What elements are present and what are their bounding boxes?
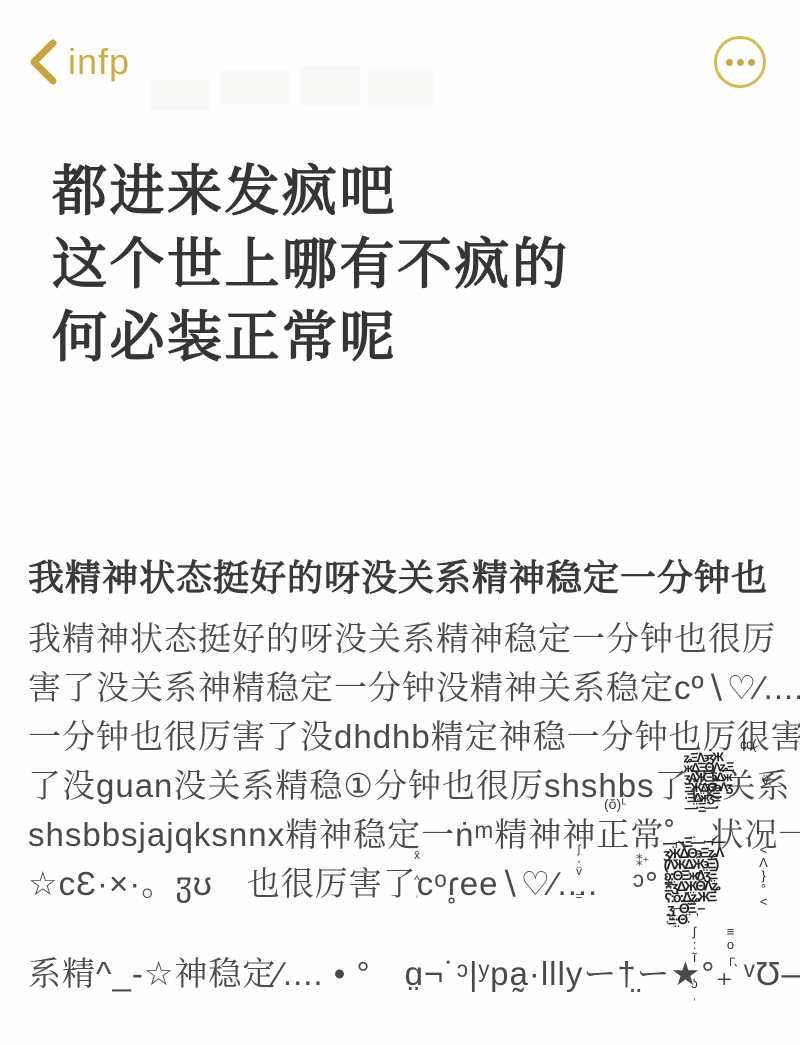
notes-app-screen: infp 都进来发疯吧 这个世上哪有不疯的 何必装正常呢 我精神状态挺好的呀没关…: [0, 0, 800, 1045]
floater-dots: ⁑⁺: [636, 854, 649, 870]
zalgo-trail-right-col: <Λ}°<: [757, 842, 769, 912]
floater-asterisk: *: [664, 876, 673, 904]
title-line-2: 这个世上哪有不疯的: [52, 228, 772, 301]
zalgo-trail-bottom-left: ʃ:ĩ·ʖ˒: [688, 924, 700, 999]
paragraph-line: 我精神状态挺好的呀没关系精神稳定一分钟也很厉: [28, 614, 792, 663]
back-chevron-icon: [28, 38, 58, 86]
zalgo-fringe-top: ᴄᴄ(: [740, 736, 756, 752]
paragraph-line: 一分钟也很厉害了没dhdhb精定神稳一分钟也厉很害: [28, 712, 792, 761]
more-options-button[interactable]: [714, 36, 766, 88]
back-label: infp: [68, 41, 130, 83]
note-bold-line: 我精神状态挺好的呀没关系精神稳定一分钟也: [28, 550, 788, 601]
paragraph-last-line: 系精^_-☆神稳定∕.... • ° ɑ̤¬˙ᵓ|ʸpa̰·lllyー†̤ー★°…: [28, 948, 792, 995]
title-line-1: 都进来发疯吧: [52, 155, 772, 228]
title-line-3: 何必装正常呢: [52, 301, 772, 374]
faint-watermark: [150, 66, 440, 114]
back-button[interactable]: infp: [28, 38, 130, 86]
note-title: 都进来发疯吧 这个世上哪有不疯的 何必装正常呢: [52, 155, 772, 374]
floater-cluster: (ŏ)ᒻ: [604, 796, 627, 813]
zalgo-trail-bottom-right: ≡o┌、: [724, 924, 736, 996]
paragraph-line: 害了没关系神精稳定一分钟没精神关系稳定cº∖♡∕....: [28, 663, 792, 712]
zalgo-side-marks: v̈:: [762, 772, 771, 788]
paragraph-line: 了没guan没关系精稳①分钟也很厉shshbs了没关系: [28, 761, 792, 810]
floater-vertical-marks-1: ʃ˖v̈=: [572, 842, 586, 900]
floater-vertical-marks-2: x̄^ˌ: [410, 848, 424, 895]
